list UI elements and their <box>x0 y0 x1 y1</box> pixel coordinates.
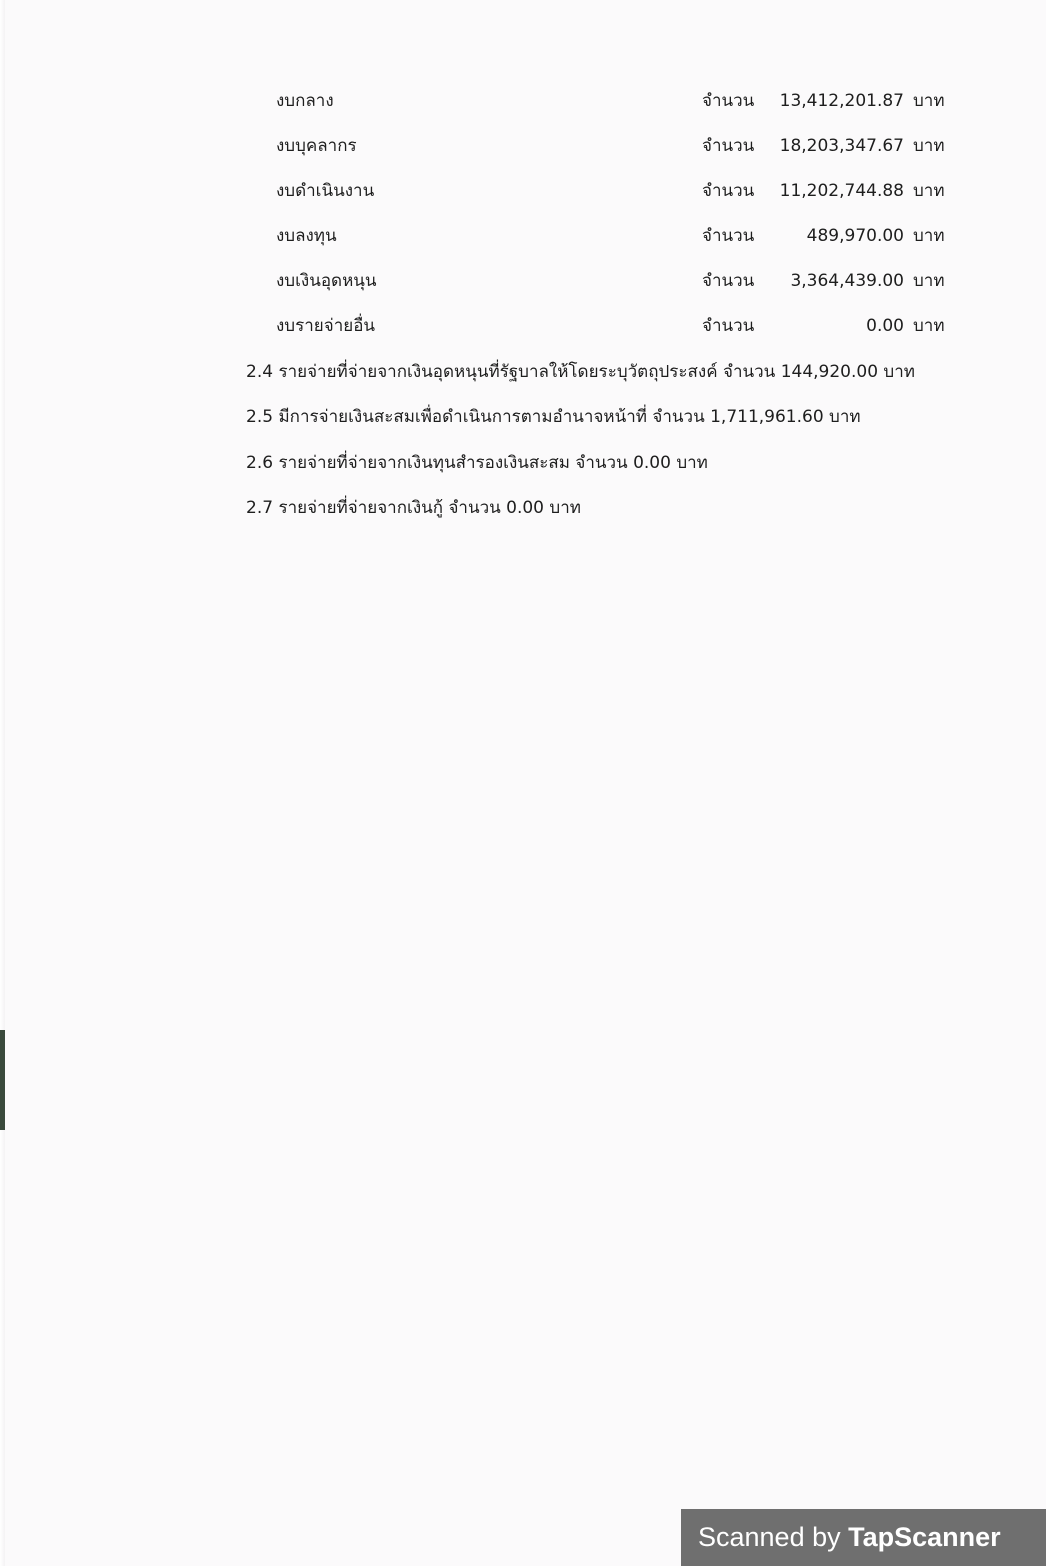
amount-word: จำนวน <box>702 86 754 116</box>
currency-unit: บาท <box>913 131 945 161</box>
budget-amount: 3,364,439.00 <box>790 266 904 296</box>
budget-amount: 0.00 <box>866 311 904 341</box>
budget-row: งบดำเนินงาน จำนวน 11,202,744.88 บาท <box>0 176 1046 206</box>
budget-label: งบเงินอุดหนุน <box>276 266 377 296</box>
currency-unit: บาท <box>913 86 945 116</box>
currency-unit: บาท <box>913 311 945 341</box>
amount-word: จำนวน <box>702 221 754 251</box>
amount-word: จำนวน <box>702 266 754 296</box>
scan-edge-strip <box>0 1030 5 1130</box>
budget-label: งบดำเนินงาน <box>276 176 374 206</box>
budget-label: งบรายจ่ายอื่น <box>276 311 375 341</box>
watermark-prefix: Scanned by <box>698 1522 848 1552</box>
budget-label: งบกลาง <box>276 86 334 116</box>
currency-unit: บาท <box>913 266 945 296</box>
amount-word: จำนวน <box>702 311 754 341</box>
budget-amount: 11,202,744.88 <box>780 176 904 206</box>
budget-amount: 489,970.00 <box>807 221 904 251</box>
budget-amount: 18,203,347.67 <box>780 131 904 161</box>
item-2-5: 2.5 มีการจ่ายเงินสะสมเพื่อดำเนินการตามอำ… <box>246 402 861 432</box>
budget-row: งบลงทุน จำนวน 489,970.00 บาท <box>0 221 1046 251</box>
scanner-watermark: Scanned by TapScanner <box>681 1509 1046 1566</box>
budget-row: งบกลาง จำนวน 13,412,201.87 บาท <box>0 86 1046 116</box>
budget-label: งบบุคลากร <box>276 131 357 161</box>
amount-word: จำนวน <box>702 176 754 206</box>
budget-label: งบลงทุน <box>276 221 337 251</box>
budget-row: งบเงินอุดหนุน จำนวน 3,364,439.00 บาท <box>0 266 1046 296</box>
currency-unit: บาท <box>913 176 945 206</box>
item-2-4: 2.4 รายจ่ายที่จ่ายจากเงินอุดหนุนที่รัฐบา… <box>246 357 915 387</box>
watermark-brand: TapScanner <box>848 1522 1001 1552</box>
budget-amount: 13,412,201.87 <box>780 86 904 116</box>
item-2-7: 2.7 รายจ่ายที่จ่ายจากเงินกู้ จำนวน 0.00 … <box>246 493 581 523</box>
budget-row: งบรายจ่ายอื่น จำนวน 0.00 บาท <box>0 311 1046 341</box>
amount-word: จำนวน <box>702 131 754 161</box>
budget-row: งบบุคลากร จำนวน 18,203,347.67 บาท <box>0 131 1046 161</box>
currency-unit: บาท <box>913 221 945 251</box>
item-2-6: 2.6 รายจ่ายที่จ่ายจากเงินทุนสำรองเงินสะส… <box>246 448 708 478</box>
